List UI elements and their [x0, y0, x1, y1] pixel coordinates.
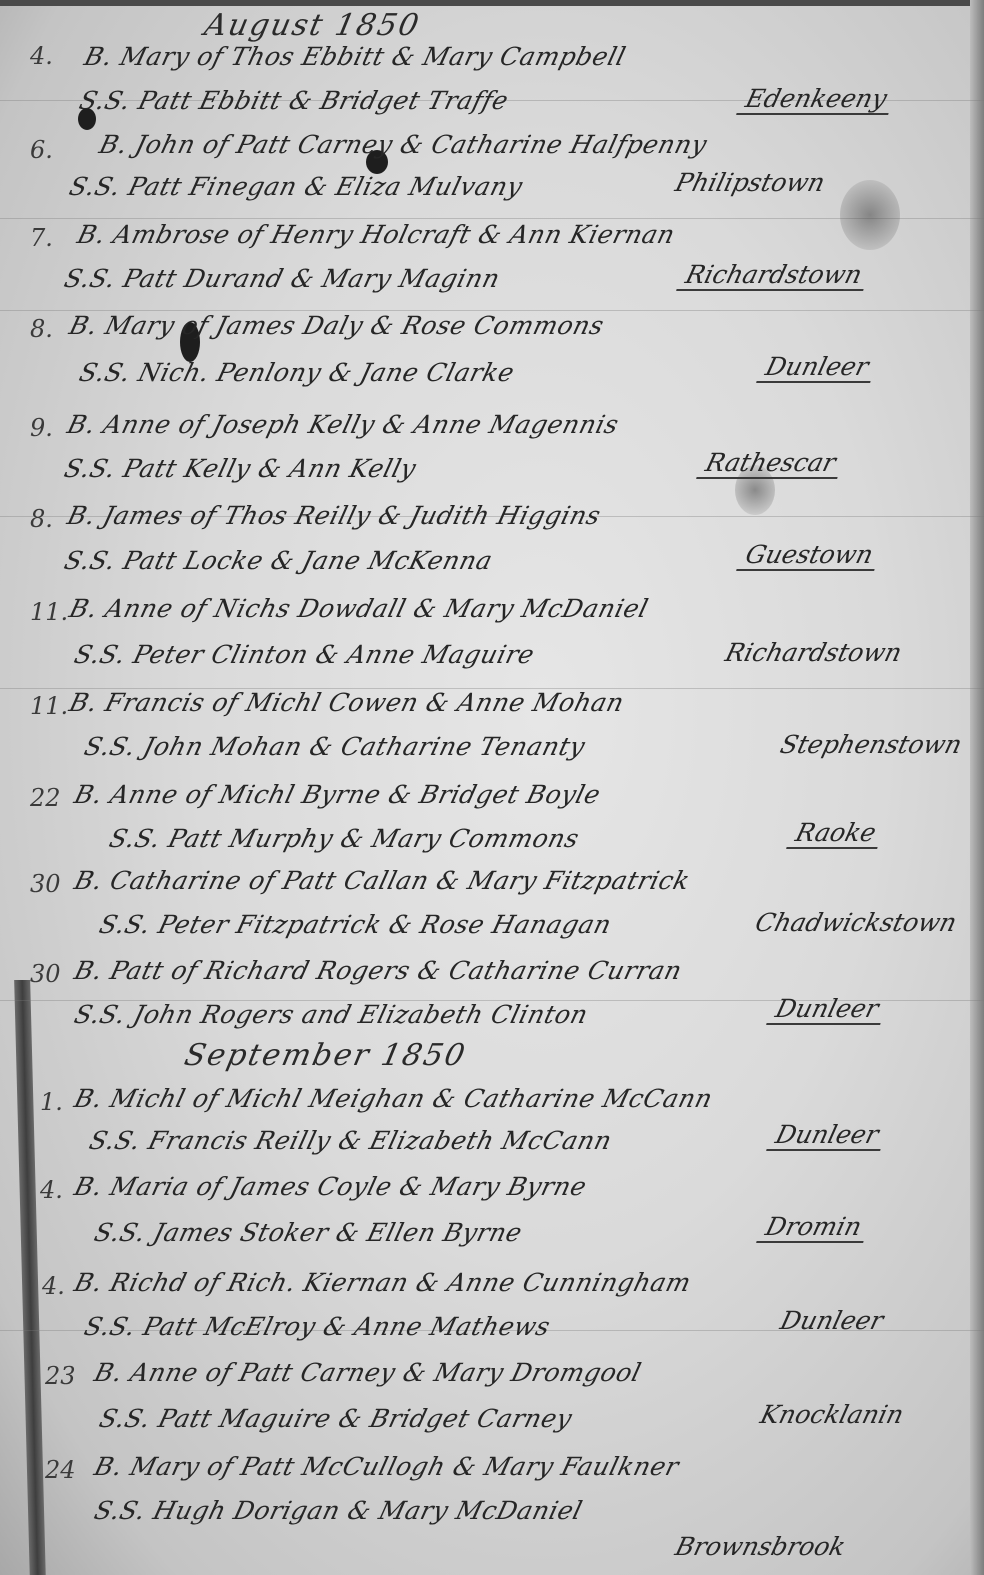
entry-baptism: B. Anne of Michl Byrne & Bridget Boyle	[71, 780, 603, 809]
entry-baptism: B. Anne of Patt Carney & Mary Dromgool	[91, 1358, 644, 1387]
entry-baptism-line: 9. B. Anne of Joseph Kelly & Anne Magenn…	[0, 404, 984, 444]
entry-day: 9.	[30, 414, 53, 442]
entry-day: 1.	[40, 1088, 63, 1116]
entry-baptism-line: 6. B. John of Patt Carney & Catharine Ha…	[0, 124, 984, 164]
entry-sponsors-line: S.S. Patt Finegan & Eliza Mulvany Philip…	[0, 166, 984, 206]
entry-townland: Chadwickstown	[746, 908, 965, 937]
register-page: August 1850 4. B. Mary of Thos Ebbitt & …	[0, 0, 984, 1575]
entry-townland: Dunleer	[766, 1120, 888, 1151]
entry-baptism: B. Ambrose of Henry Holcraft & Ann Kiern…	[74, 220, 678, 249]
entry-sponsors-line: S.S. John Mohan & Catharine Tenanty Step…	[0, 726, 984, 766]
entry-baptism: B. Mary of Patt McCullogh & Mary Faulkne…	[91, 1452, 682, 1481]
entry-baptism: B. Mary of Thos Ebbitt & Mary Campbell	[81, 42, 628, 71]
entry-day: 7.	[30, 224, 53, 252]
entry-baptism: B. Francis of Michl Cowen & Anne Mohan	[66, 688, 627, 717]
entry-townland: Richardstown	[716, 638, 910, 667]
entry-baptism: B. Michl of Michl Meighan & Catharine Mc…	[71, 1084, 715, 1113]
entry-sponsors-line: S.S. Patt Durand & Mary Maginn Richardst…	[0, 258, 984, 298]
entry-day: 11.	[30, 598, 68, 626]
entry-townland: Stephenstown	[771, 730, 971, 759]
entry-baptism: B. Maria of James Coyle & Mary Byrne	[71, 1172, 589, 1201]
entry-day: 4.	[30, 42, 53, 70]
entry-sponsors-line: S.S. James Stoker & Ellen Byrne Dromin	[0, 1212, 984, 1252]
entry-sponsors: S.S. Patt Durand & Mary Maginn	[61, 264, 503, 293]
entry-sponsors: S.S. Patt Finegan & Eliza Mulvany	[66, 172, 525, 201]
entry-baptism-line: 30 B. Catharine of Patt Callan & Mary Fi…	[0, 860, 984, 900]
entry-townland: Edenkeeny	[736, 84, 896, 115]
entry-baptism: B. Anne of Nichs Dowdall & Mary McDaniel	[66, 594, 651, 623]
entry-baptism-line: 8. B. Mary of James Daly & Rose Commons	[0, 305, 984, 345]
entry-day: 4.	[42, 1272, 65, 1300]
month-heading-september: September 1850	[181, 1038, 469, 1073]
entry-baptism: B. Richd of Rich. Kiernan & Anne Cunning…	[71, 1268, 694, 1297]
entry-townland: Knocklanin	[751, 1400, 912, 1429]
entry-sponsors-line: S.S. Francis Reilly & Elizabeth McCann D…	[0, 1120, 984, 1160]
entry-baptism-line: 4. B. Mary of Thos Ebbitt & Mary Campbel…	[0, 36, 984, 76]
entry-baptism-line: 24 B. Mary of Patt McCullogh & Mary Faul…	[0, 1446, 984, 1486]
entry-townland: Brownsbrook	[666, 1532, 854, 1561]
entry-sponsors: S.S. Peter Fitzpatrick & Rose Hanagan	[96, 910, 614, 939]
entry-baptism-line: 11. B. Anne of Nichs Dowdall & Mary McDa…	[0, 588, 984, 628]
entry-sponsors-line: S.S. Patt Maguire & Bridget Carney Knock…	[0, 1398, 984, 1438]
entry-sponsors: S.S. Patt Ebbitt & Bridget Traffe	[76, 86, 511, 115]
entry-sponsors: S.S. Peter Clinton & Anne Maguire	[71, 640, 537, 669]
entry-townland: Guestown	[736, 540, 882, 571]
entry-townland: Dunleer	[771, 1306, 892, 1335]
entry-baptism: B. James of Thos Reilly & Judith Higgins	[64, 501, 603, 530]
entry-townland: Philipstown	[666, 168, 834, 197]
entry-baptism: B. John of Patt Carney & Catharine Halfp…	[96, 130, 710, 159]
entry-day: 30	[30, 870, 61, 898]
entry-sponsors-line: S.S. John Rogers and Elizabeth Clinton D…	[0, 994, 984, 1034]
entry-baptism-line: 22 B. Anne of Michl Byrne & Bridget Boyl…	[0, 774, 984, 814]
entry-baptism-line: 4. B. Richd of Rich. Kiernan & Anne Cunn…	[0, 1262, 984, 1302]
entry-sponsors: S.S. Patt Kelly & Ann Kelly	[61, 454, 419, 483]
entry-sponsors: S.S. Patt Locke & Jane McKenna	[61, 546, 495, 575]
entry-baptism-line: 1. B. Michl of Michl Meighan & Catharine…	[0, 1078, 984, 1118]
entry-sponsors: S.S. Patt Maguire & Bridget Carney	[96, 1404, 575, 1433]
entry-sponsors-line: S.S. Patt Ebbitt & Bridget Traffe Edenke…	[0, 80, 984, 120]
entry-day: 8.	[30, 505, 53, 533]
entry-day: 11.	[30, 692, 68, 720]
entry-sponsors-line: S.S. Patt Kelly & Ann Kelly Rathescar	[0, 448, 984, 488]
entry-sponsors-line: S.S. Patt McElroy & Anne Mathews Dunleer	[0, 1306, 984, 1346]
entry-day: 8.	[30, 315, 53, 343]
entry-baptism-line: 8. B. James of Thos Reilly & Judith Higg…	[0, 495, 984, 535]
entry-sponsors: S.S. James Stoker & Ellen Byrne	[91, 1218, 525, 1247]
entry-sponsors-line: S.S. Patt Locke & Jane McKenna Guestown	[0, 540, 984, 580]
entry-sponsors-line: S.S. Peter Clinton & Anne Maguire Richar…	[0, 634, 984, 674]
entry-day: 4.	[40, 1176, 63, 1204]
entry-sponsors-line: S.S. Hugh Dorigan & Mary McDaniel Browns…	[0, 1490, 984, 1530]
entry-sponsors: S.S. Hugh Dorigan & Mary McDaniel	[91, 1496, 585, 1525]
entry-day: 24	[45, 1456, 76, 1484]
entry-sponsors: S.S. Nich. Penlony & Jane Clarke	[76, 358, 517, 387]
entry-baptism: B. Catharine of Patt Callan & Mary Fitzp…	[71, 866, 693, 895]
entry-baptism: B. Patt of Richard Rogers & Catharine Cu…	[71, 956, 685, 985]
entry-sponsors-line: S.S. Patt Murphy & Mary Commons Raoke	[0, 818, 984, 858]
entry-sponsors: S.S. Francis Reilly & Elizabeth McCann	[86, 1126, 615, 1155]
entry-day: 22	[30, 784, 61, 812]
entry-baptism-line: 23 B. Anne of Patt Carney & Mary Dromgoo…	[0, 1352, 984, 1392]
entry-townland: Rathescar	[696, 448, 845, 479]
entry-townland: Dunleer	[756, 352, 878, 383]
entry-townland: Dromin	[756, 1212, 871, 1243]
entry-sponsors: S.S. Patt Murphy & Mary Commons	[106, 824, 582, 853]
entry-baptism-line: 7. B. Ambrose of Henry Holcraft & Ann Ki…	[0, 214, 984, 254]
entry-baptism-line: 30 B. Patt of Richard Rogers & Catharine…	[0, 950, 984, 990]
entry-day: 23	[45, 1362, 76, 1390]
entry-townland: Raoke	[786, 818, 885, 849]
entry-sponsors-line: S.S. Nich. Penlony & Jane Clarke Dunleer	[0, 352, 984, 392]
page-top-edge	[0, 0, 984, 6]
entry-sponsors: S.S. John Rogers and Elizabeth Clinton	[71, 1000, 591, 1029]
entry-sponsors: S.S. Patt McElroy & Anne Mathews	[81, 1312, 553, 1341]
entry-baptism-line: 4. B. Maria of James Coyle & Mary Byrne	[0, 1166, 984, 1206]
entry-baptism-line: 11. B. Francis of Michl Cowen & Anne Moh…	[0, 682, 984, 722]
entry-day: 30	[30, 960, 61, 988]
entry-baptism: B. Mary of James Daly & Rose Commons	[66, 311, 607, 340]
entry-sponsors: S.S. John Mohan & Catharine Tenanty	[81, 732, 588, 761]
entry-townland: Dunleer	[766, 994, 888, 1025]
entry-baptism: B. Anne of Joseph Kelly & Anne Magennis	[64, 410, 621, 439]
entry-sponsors-line: S.S. Peter Fitzpatrick & Rose Hanagan Ch…	[0, 904, 984, 944]
entry-day: 6.	[30, 136, 53, 164]
entry-townland: Richardstown	[676, 260, 871, 291]
